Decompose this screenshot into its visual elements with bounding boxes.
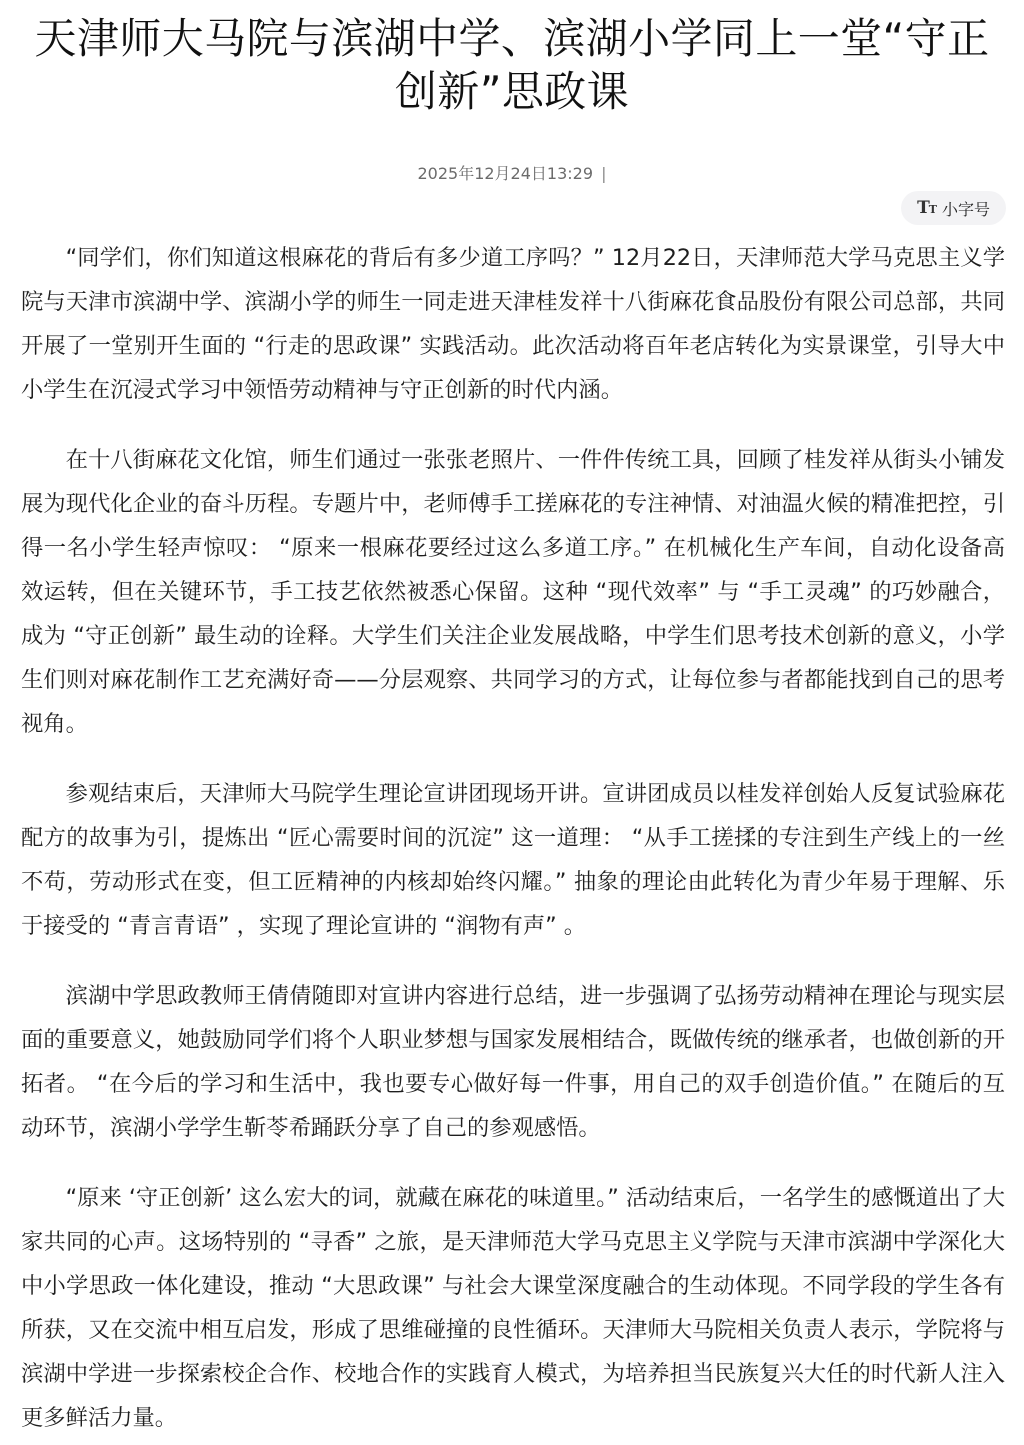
publish-time: 2025年12月24日13:29 (417, 164, 593, 183)
paragraph: 在十八街麻花文化馆，师生们通过一张张老照片、一件件传统工具，回顾了桂发祥从街头小… (21, 438, 1005, 746)
paragraph: “原来 ‘守正创新’ 这么宏大的词，就藏在麻花的味道里。” 活动结束后，一名学生… (21, 1176, 1005, 1440)
paragraph: 参观结束后，天津师大马院学生理论宣讲团现场开讲。宣讲团成员以桂发祥创始人反复试验… (21, 772, 1005, 948)
article: 天津师大马院与滨湖中学、滨湖小学同上一堂“守正创新”思政课 2025年12月24… (0, 0, 1024, 1440)
font-size-toggle-label: 小字号 (942, 197, 990, 220)
text-size-icon: TT (917, 198, 936, 218)
article-title: 天津师大马院与滨湖中学、滨湖小学同上一堂“守正创新”思政课 (0, 0, 1024, 118)
article-meta: 2025年12月24日13:29 | (0, 163, 1024, 185)
article-body: “同学们，你们知道这根麻花的背后有多少道工序吗？” 12月22日，天津师范大学马… (0, 236, 1024, 1440)
meta-separator: | (601, 164, 606, 183)
paragraph: “同学们，你们知道这根麻花的背后有多少道工序吗？” 12月22日，天津师范大学马… (21, 236, 1005, 412)
font-size-toggle-button[interactable]: TT 小字号 (901, 191, 1006, 225)
paragraph: 滨湖中学思政教师王倩倩随即对宣讲内容进行总结，进一步强调了弘扬劳动精神在理论与现… (21, 974, 1005, 1150)
article-toolbar: TT 小字号 (0, 191, 1024, 227)
